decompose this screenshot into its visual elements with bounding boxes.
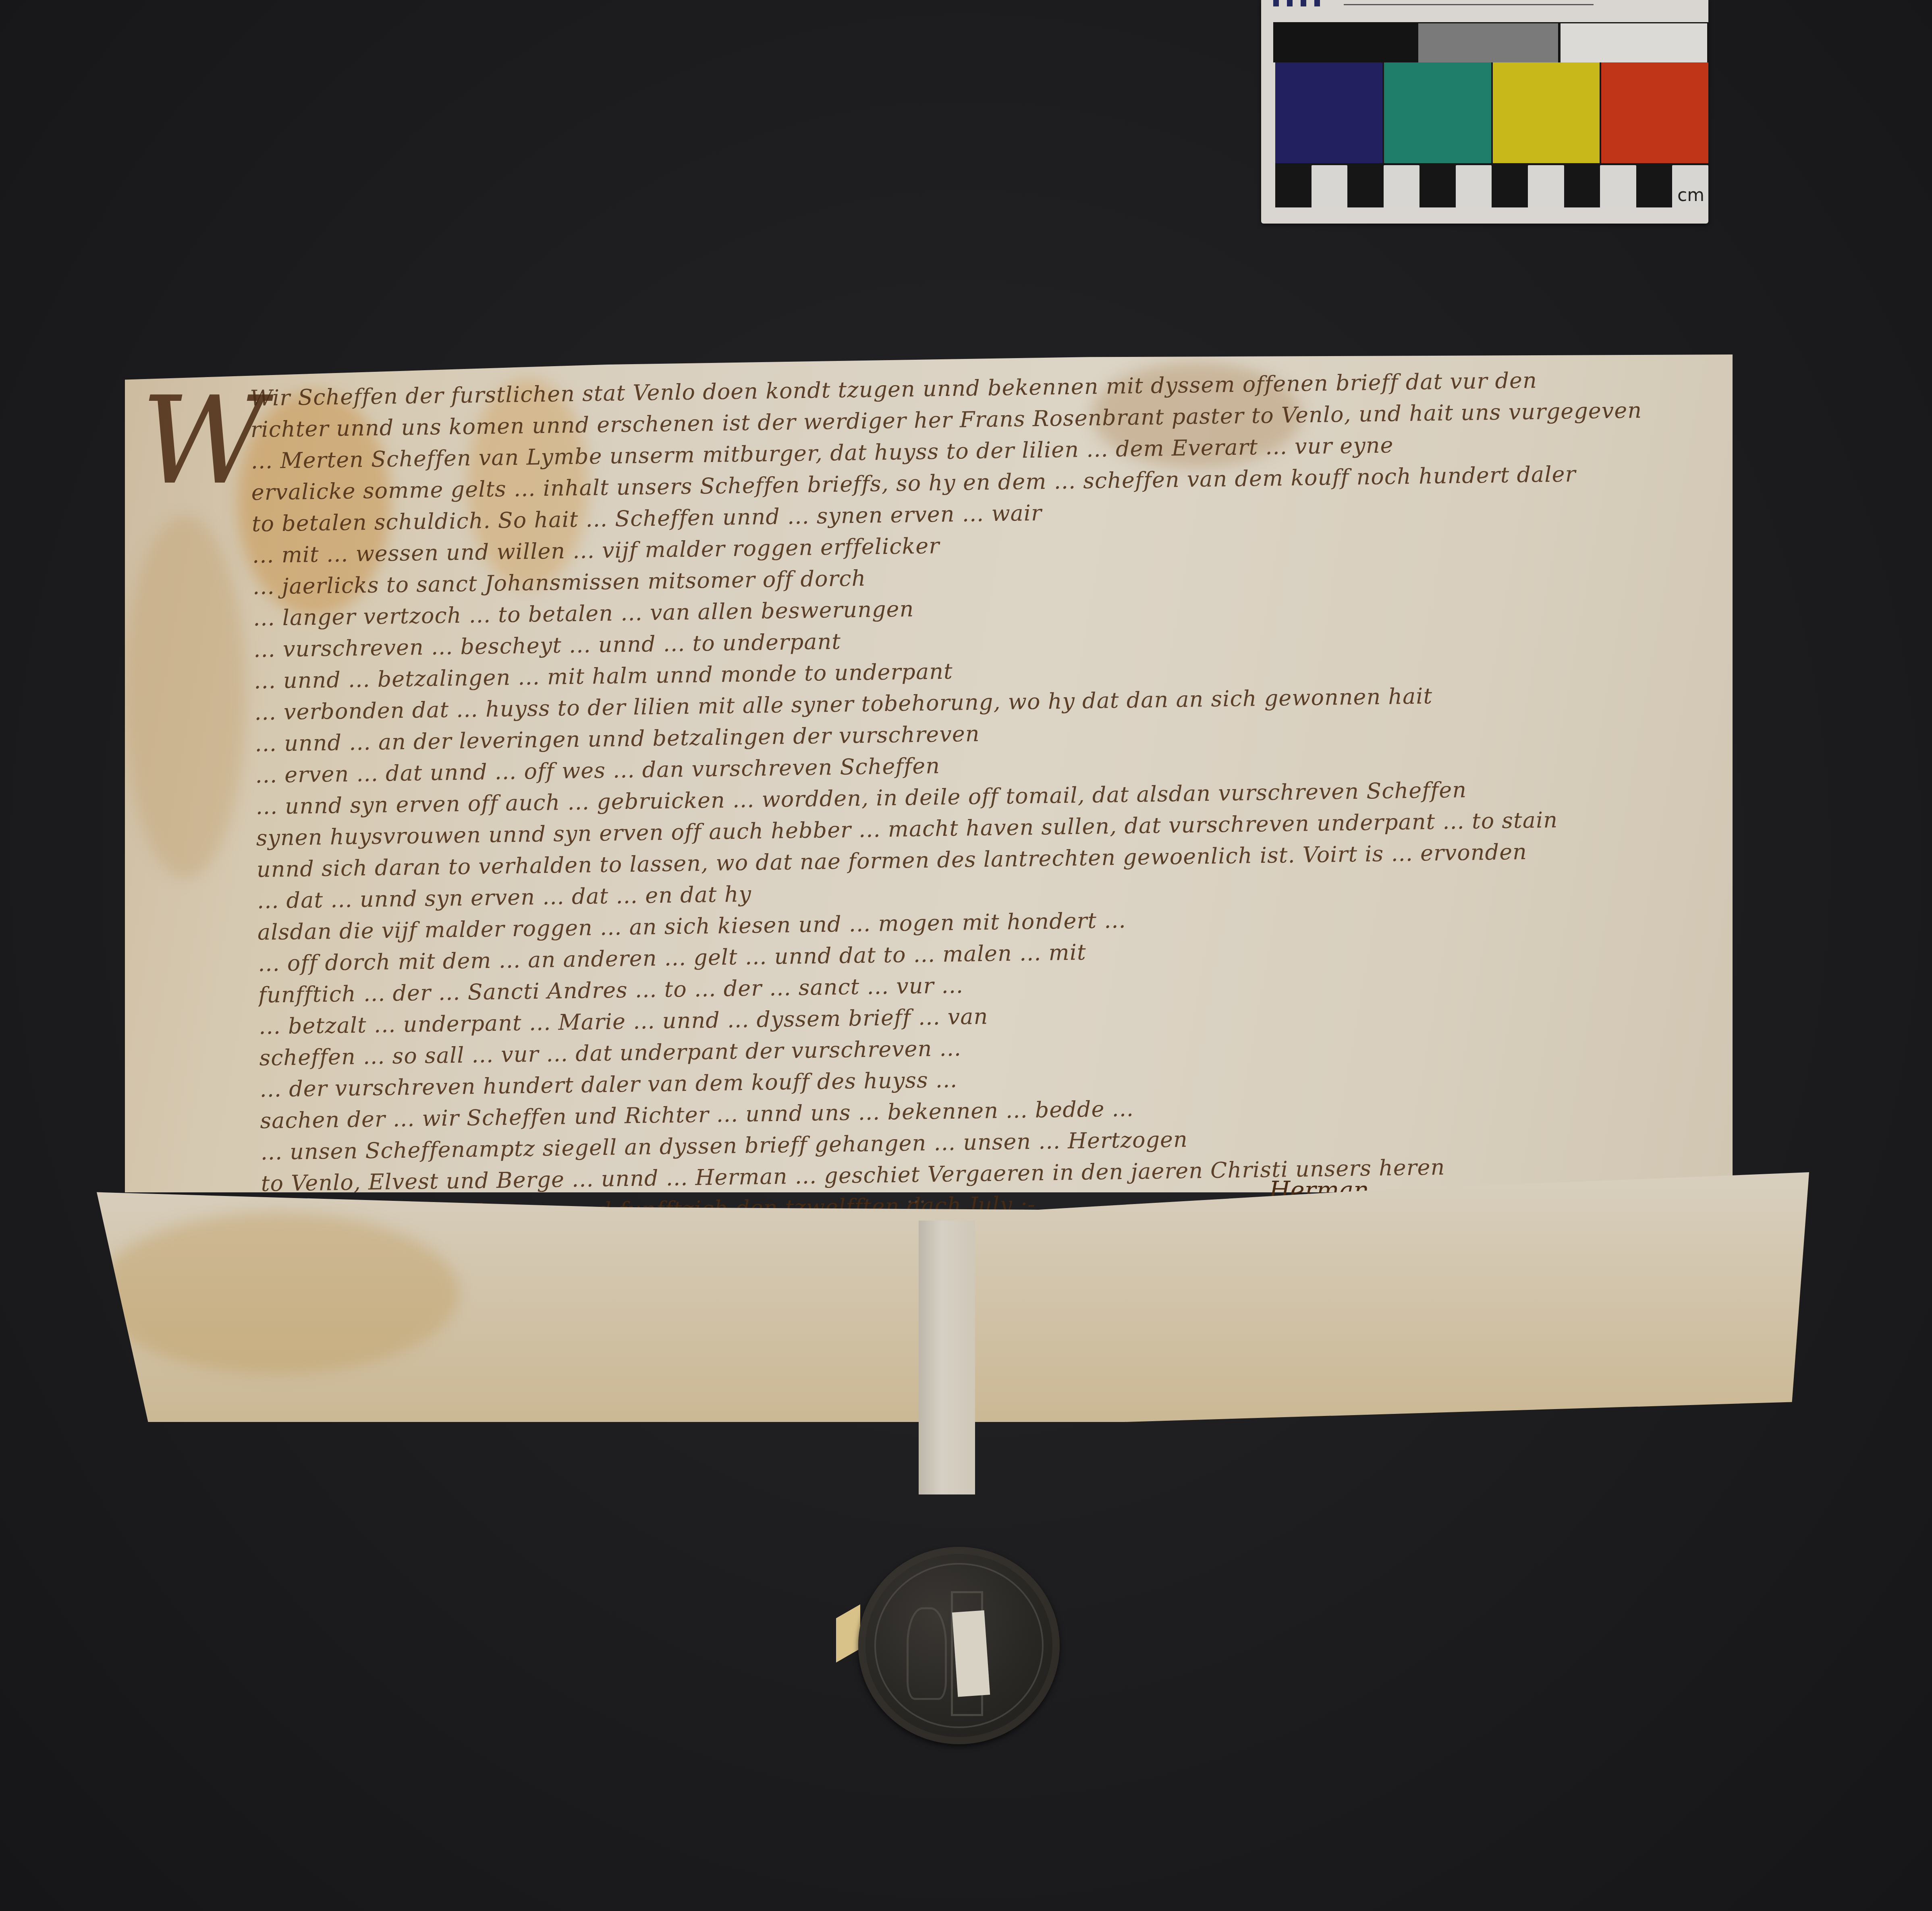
- lion-emblem: [907, 1607, 947, 1700]
- gray-patch: [1417, 22, 1559, 65]
- blue-patch: [1275, 62, 1382, 163]
- seal-strap: [919, 1221, 975, 1494]
- signature-mark: ...: [907, 1184, 926, 1208]
- seal-strap-end: [952, 1610, 990, 1697]
- cm-scale: [1275, 163, 1708, 207]
- charter-text: Wir Scheffen der furstlichen stat Venlo …: [250, 363, 1712, 1231]
- cm-label: cm: [1677, 185, 1704, 205]
- white-patch: [1559, 22, 1708, 65]
- decorated-initial: W: [141, 371, 265, 511]
- black-patch: [1273, 22, 1417, 62]
- color-row: [1275, 62, 1708, 163]
- water-stain: [125, 516, 246, 878]
- red-patch: [1601, 62, 1708, 163]
- chart-marker-bars: [1273, 0, 1320, 6]
- yellow-patch: [1493, 62, 1600, 163]
- chart-rule-line: [1344, 4, 1594, 5]
- stain: [97, 1213, 459, 1374]
- green-patch: [1384, 62, 1491, 163]
- color-calibration-chart: cm: [1261, 0, 1708, 224]
- grayscale-row: [1273, 22, 1708, 62]
